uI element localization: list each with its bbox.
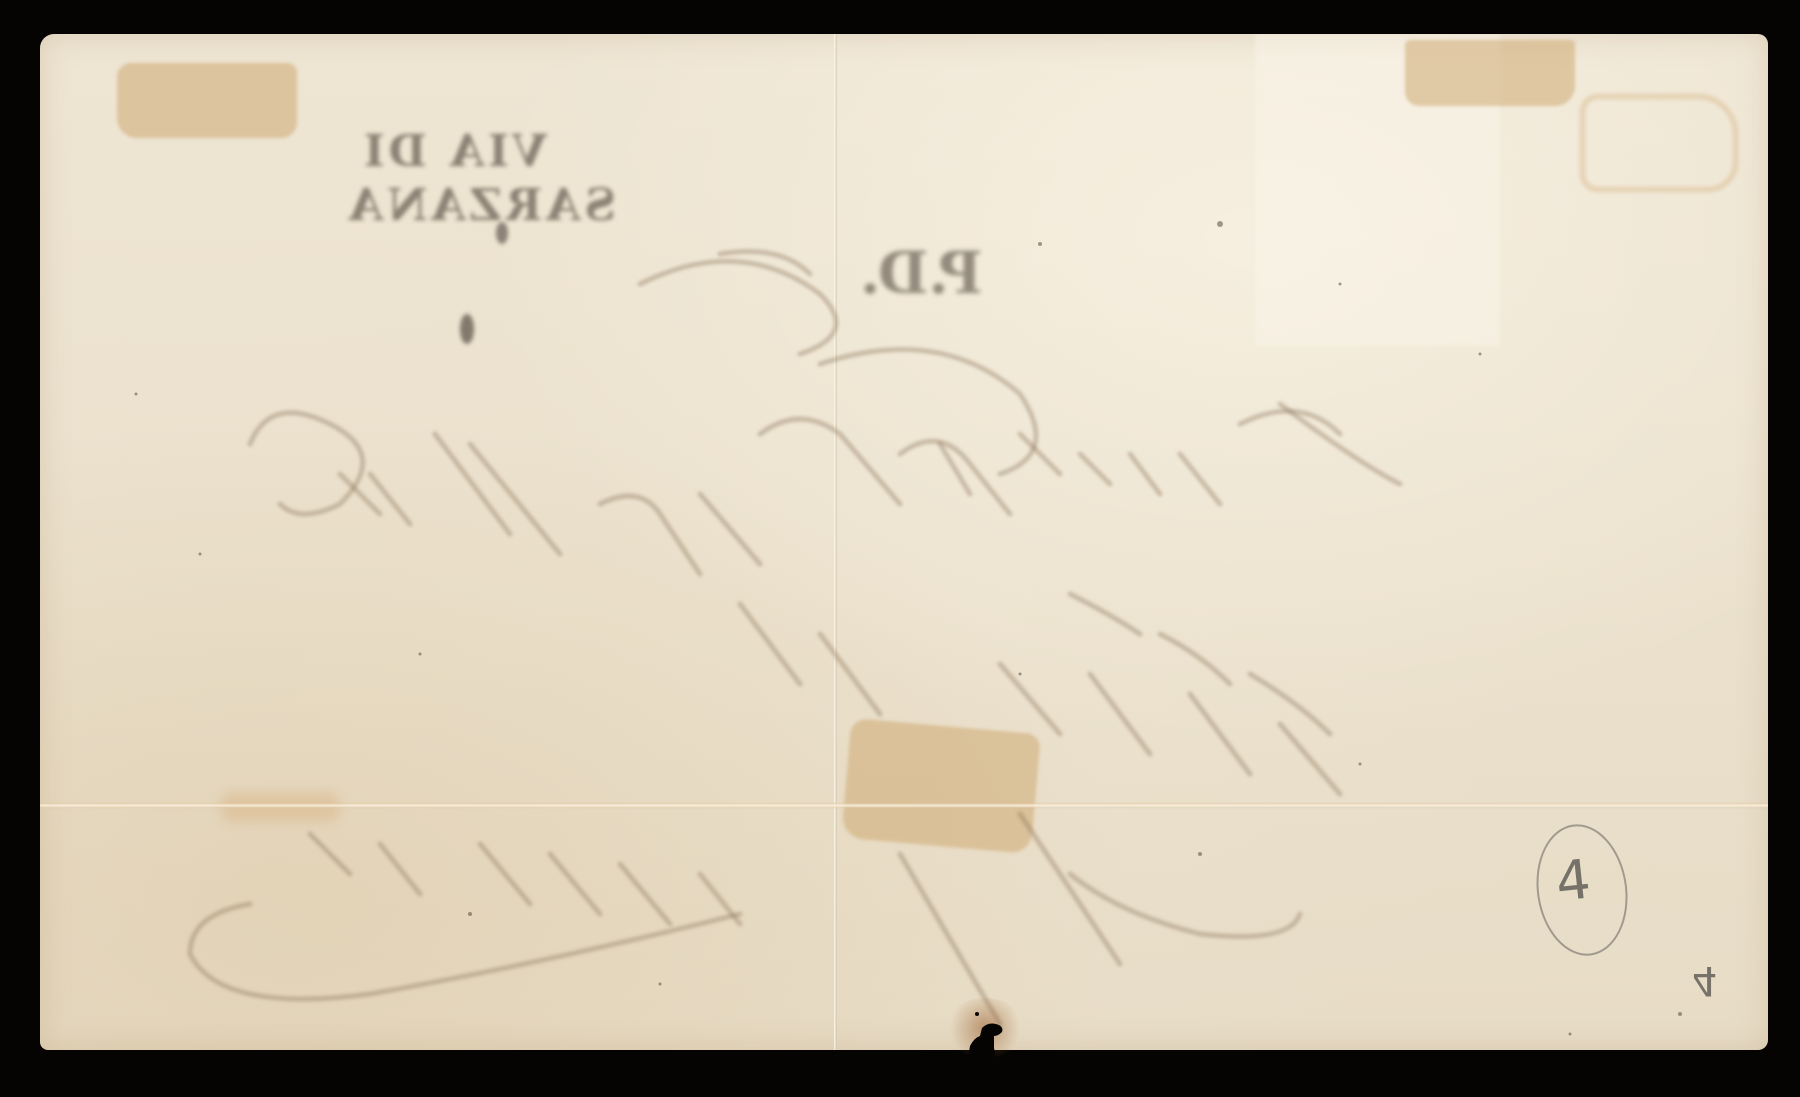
burn-hole [960, 1008, 1020, 1058]
photo-scene: VIA DI SARZANA P.D. 4 4 [0, 0, 1800, 1097]
letter-sheet: VIA DI SARZANA P.D. 4 4 [40, 34, 1768, 1050]
paper-specks [40, 34, 1768, 1050]
